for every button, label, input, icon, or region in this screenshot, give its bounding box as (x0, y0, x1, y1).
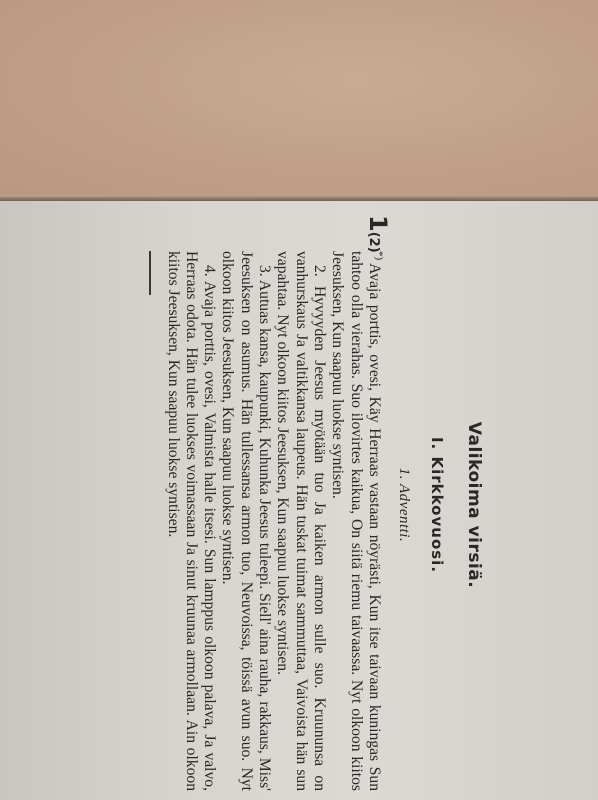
verse-4: 4. Avaja porttis, ovesi, Valmista halle … (163, 251, 218, 791)
verse-1: *)Avaja porttis, ovesi, Käy Herraas vast… (328, 251, 388, 791)
end-rule (149, 251, 151, 295)
book-cover-board (0, 0, 598, 200)
hymn-number: 1(2) (361, 215, 390, 253)
section-heading: I. Kirkkovuosi. (420, 215, 454, 795)
subsection-heading: 1. Adventti. (388, 215, 420, 795)
rotated-text-block: Valikoima virsiä. I. Kirkkovuosi. 1. Adv… (30, 215, 500, 795)
verse-2: 2. Hyvyyden Jeesus myötään tuo Ja kaiken… (273, 251, 328, 791)
verse-3: 3. Autuas kansa, kaupunki, Kuhunka Jeesu… (218, 251, 273, 791)
hymn-1: 1(2) *)Avaja porttis, ovesi, Käy Herraas… (149, 215, 388, 795)
hymn-reference: (2) (366, 232, 381, 253)
page-title: Valikoima virsiä. (454, 215, 500, 795)
